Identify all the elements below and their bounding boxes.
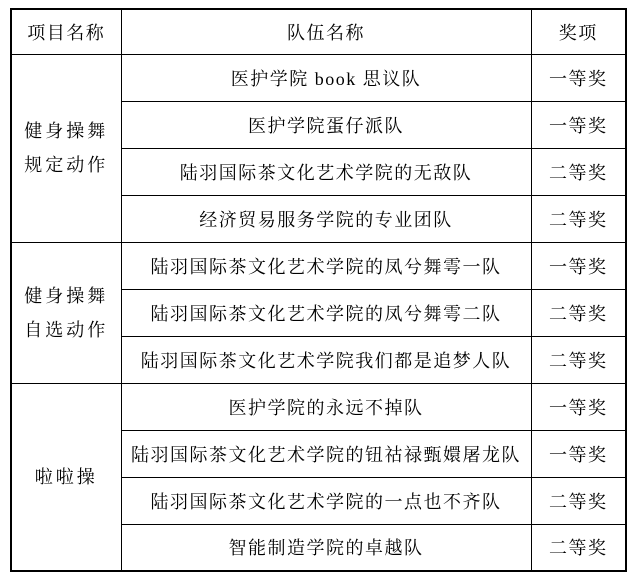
- team-cell: 陆羽国际茶文化艺术学院的无敌队: [121, 148, 531, 195]
- team-cell: 经济贸易服务学院的专业团队: [121, 195, 531, 242]
- award-cell: 一等奖: [531, 242, 626, 289]
- award-cell: 二等奖: [531, 336, 626, 383]
- award-cell: 二等奖: [531, 477, 626, 524]
- project-line: 自选动作: [12, 313, 121, 347]
- team-cell: 智能制造学院的卓越队: [121, 524, 531, 571]
- team-cell: 陆羽国际茶文化艺术学院的凤兮舞雩一队: [121, 242, 531, 289]
- awards-table: 项目名称 队伍名称 奖项 健身操舞 规定动作 医护学院 book 思议队 一等奖…: [10, 8, 627, 572]
- header-team: 队伍名称: [121, 9, 531, 54]
- header-project: 项目名称: [11, 9, 121, 54]
- award-cell: 一等奖: [531, 383, 626, 430]
- team-cell: 医护学院蛋仔派队: [121, 101, 531, 148]
- project-line: 健身操舞: [12, 114, 121, 148]
- award-cell: 二等奖: [531, 148, 626, 195]
- header-award: 奖项: [531, 9, 626, 54]
- team-cell: 医护学院 book 思议队: [121, 54, 531, 101]
- project-line: 啦啦操: [12, 460, 121, 494]
- award-cell: 二等奖: [531, 289, 626, 336]
- project-cell-group-3: 啦啦操: [11, 383, 121, 571]
- award-cell: 一等奖: [531, 54, 626, 101]
- table-row: 健身操舞 规定动作 医护学院 book 思议队 一等奖: [11, 54, 626, 101]
- team-cell: 陆羽国际茶文化艺术学院的钮祜禄甄嬛屠龙队: [121, 430, 531, 477]
- team-cell: 陆羽国际茶文化艺术学院的凤兮舞雩二队: [121, 289, 531, 336]
- team-cell: 陆羽国际茶文化艺术学院的一点也不齐队: [121, 477, 531, 524]
- award-cell: 一等奖: [531, 101, 626, 148]
- table-row: 健身操舞 自选动作 陆羽国际茶文化艺术学院的凤兮舞雩一队 一等奖: [11, 242, 626, 289]
- project-line: 健身操舞: [12, 279, 121, 313]
- table-header-row: 项目名称 队伍名称 奖项: [11, 9, 626, 54]
- table-row: 啦啦操 医护学院的永远不掉队 一等奖: [11, 383, 626, 430]
- project-cell-group-2: 健身操舞 自选动作: [11, 242, 121, 383]
- project-cell-group-1: 健身操舞 规定动作: [11, 54, 121, 242]
- award-cell: 一等奖: [531, 430, 626, 477]
- award-cell: 二等奖: [531, 195, 626, 242]
- team-cell: 陆羽国际茶文化艺术学院我们都是追梦人队: [121, 336, 531, 383]
- team-cell: 医护学院的永远不掉队: [121, 383, 531, 430]
- project-line: 规定动作: [12, 148, 121, 182]
- award-cell: 二等奖: [531, 524, 626, 571]
